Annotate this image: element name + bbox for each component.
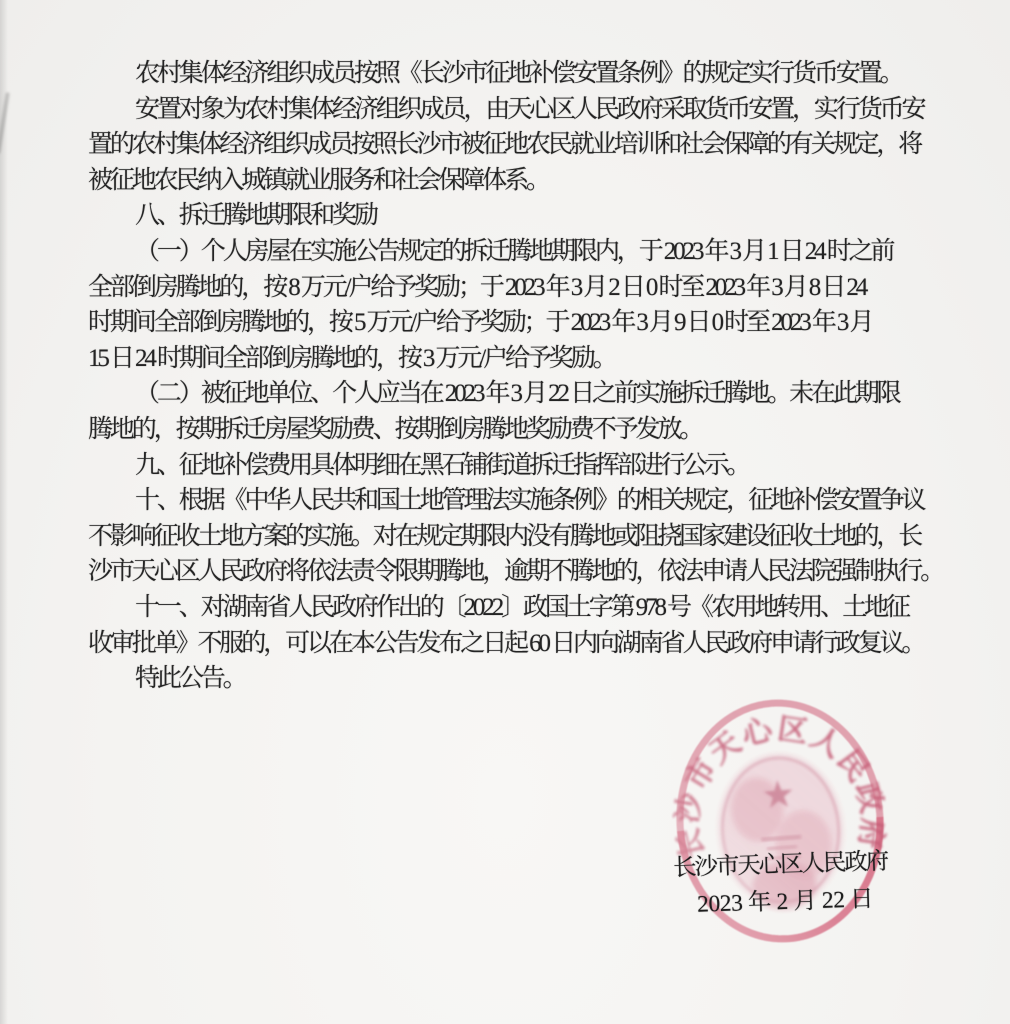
text-line: 九、征地补偿费用具体明细在黑石铺街道拆迁指挥部进行公示。	[88, 448, 934, 484]
text-line: 腾地的，按期拆迁房屋奖励费、按期倒房腾地奖励费不予发放。	[88, 412, 934, 448]
document-body: 农村集体经济组织成员按照《长沙市征地补偿安置条例》的规定实行货币安置。安置对象为…	[88, 56, 934, 697]
text-line: 被征地农民纳入城镇就业服务和社会保障体系。	[88, 163, 934, 199]
text-line: 不影响征收土地方案的实施。对在规定期限内没有腾地或阻挠国家建设征收土地的，长	[88, 519, 934, 555]
text-line: （二）被征地单位、个人应当在 2023 年 3 月 22 日之前实施拆迁腾地。未…	[88, 376, 934, 412]
scanned-page: 农村集体经济组织成员按照《长沙市征地补偿安置条例》的规定实行货币安置。安置对象为…	[0, 0, 1010, 1024]
text-line: 特此公告。	[88, 661, 934, 697]
text-line: 十、根据《中华人民共和国土地管理法实施条例》的相关规定，征地补偿安置争议	[88, 483, 934, 519]
text-line: 农村集体经济组织成员按照《长沙市征地补偿安置条例》的规定实行货币安置。	[88, 56, 934, 92]
text-line: 安置对象为农村集体经济组织成员，由天心区人民政府采取货币安置，实行货币安	[88, 92, 934, 128]
signature-authority: 长沙市天心区人民政府	[673, 842, 888, 883]
scan-smudge-artifact	[0, 92, 10, 154]
signature-date: 2023 年 2 月 22 日	[697, 879, 874, 919]
text-line: 沙市天心区人民政府将依法责令限期腾地，逾期不腾地的，依法申请人民法院强制执行。	[88, 554, 934, 590]
scan-edge-shadow	[0, 0, 10, 1024]
text-line: （一）个人房屋在实施公告规定的拆迁腾地期限内，于 2023 年 3 月 1 日 …	[88, 234, 934, 270]
text-line: 时期间全部倒房腾地的，按 5 万元/户给予奖励；于 2023 年 3 月 9 日…	[88, 305, 934, 341]
text-line: 15 日 24 时期间全部倒房腾地的，按 3 万元/户给予奖励。	[88, 341, 934, 377]
text-line: 十一、对湖南省人民政府作出的〔2022〕政国土字第 978 号《农用地转用、土地…	[88, 590, 934, 626]
text-line: 全部倒房腾地的，按 8 万元/户给予奖励；于 2023 年 3 月 2 日 0 …	[88, 270, 934, 306]
text-line: 八、拆迁腾地期限和奖励	[88, 198, 934, 234]
text-line: 置的农村集体经济组织成员按照长沙市被征地农民就业培训和社会保障的有关规定，将	[88, 127, 934, 163]
text-line: 收审批单》不服的，可以在本公告发布之日起 60 日内向湖南省人民政府申请行政复议…	[88, 626, 934, 662]
